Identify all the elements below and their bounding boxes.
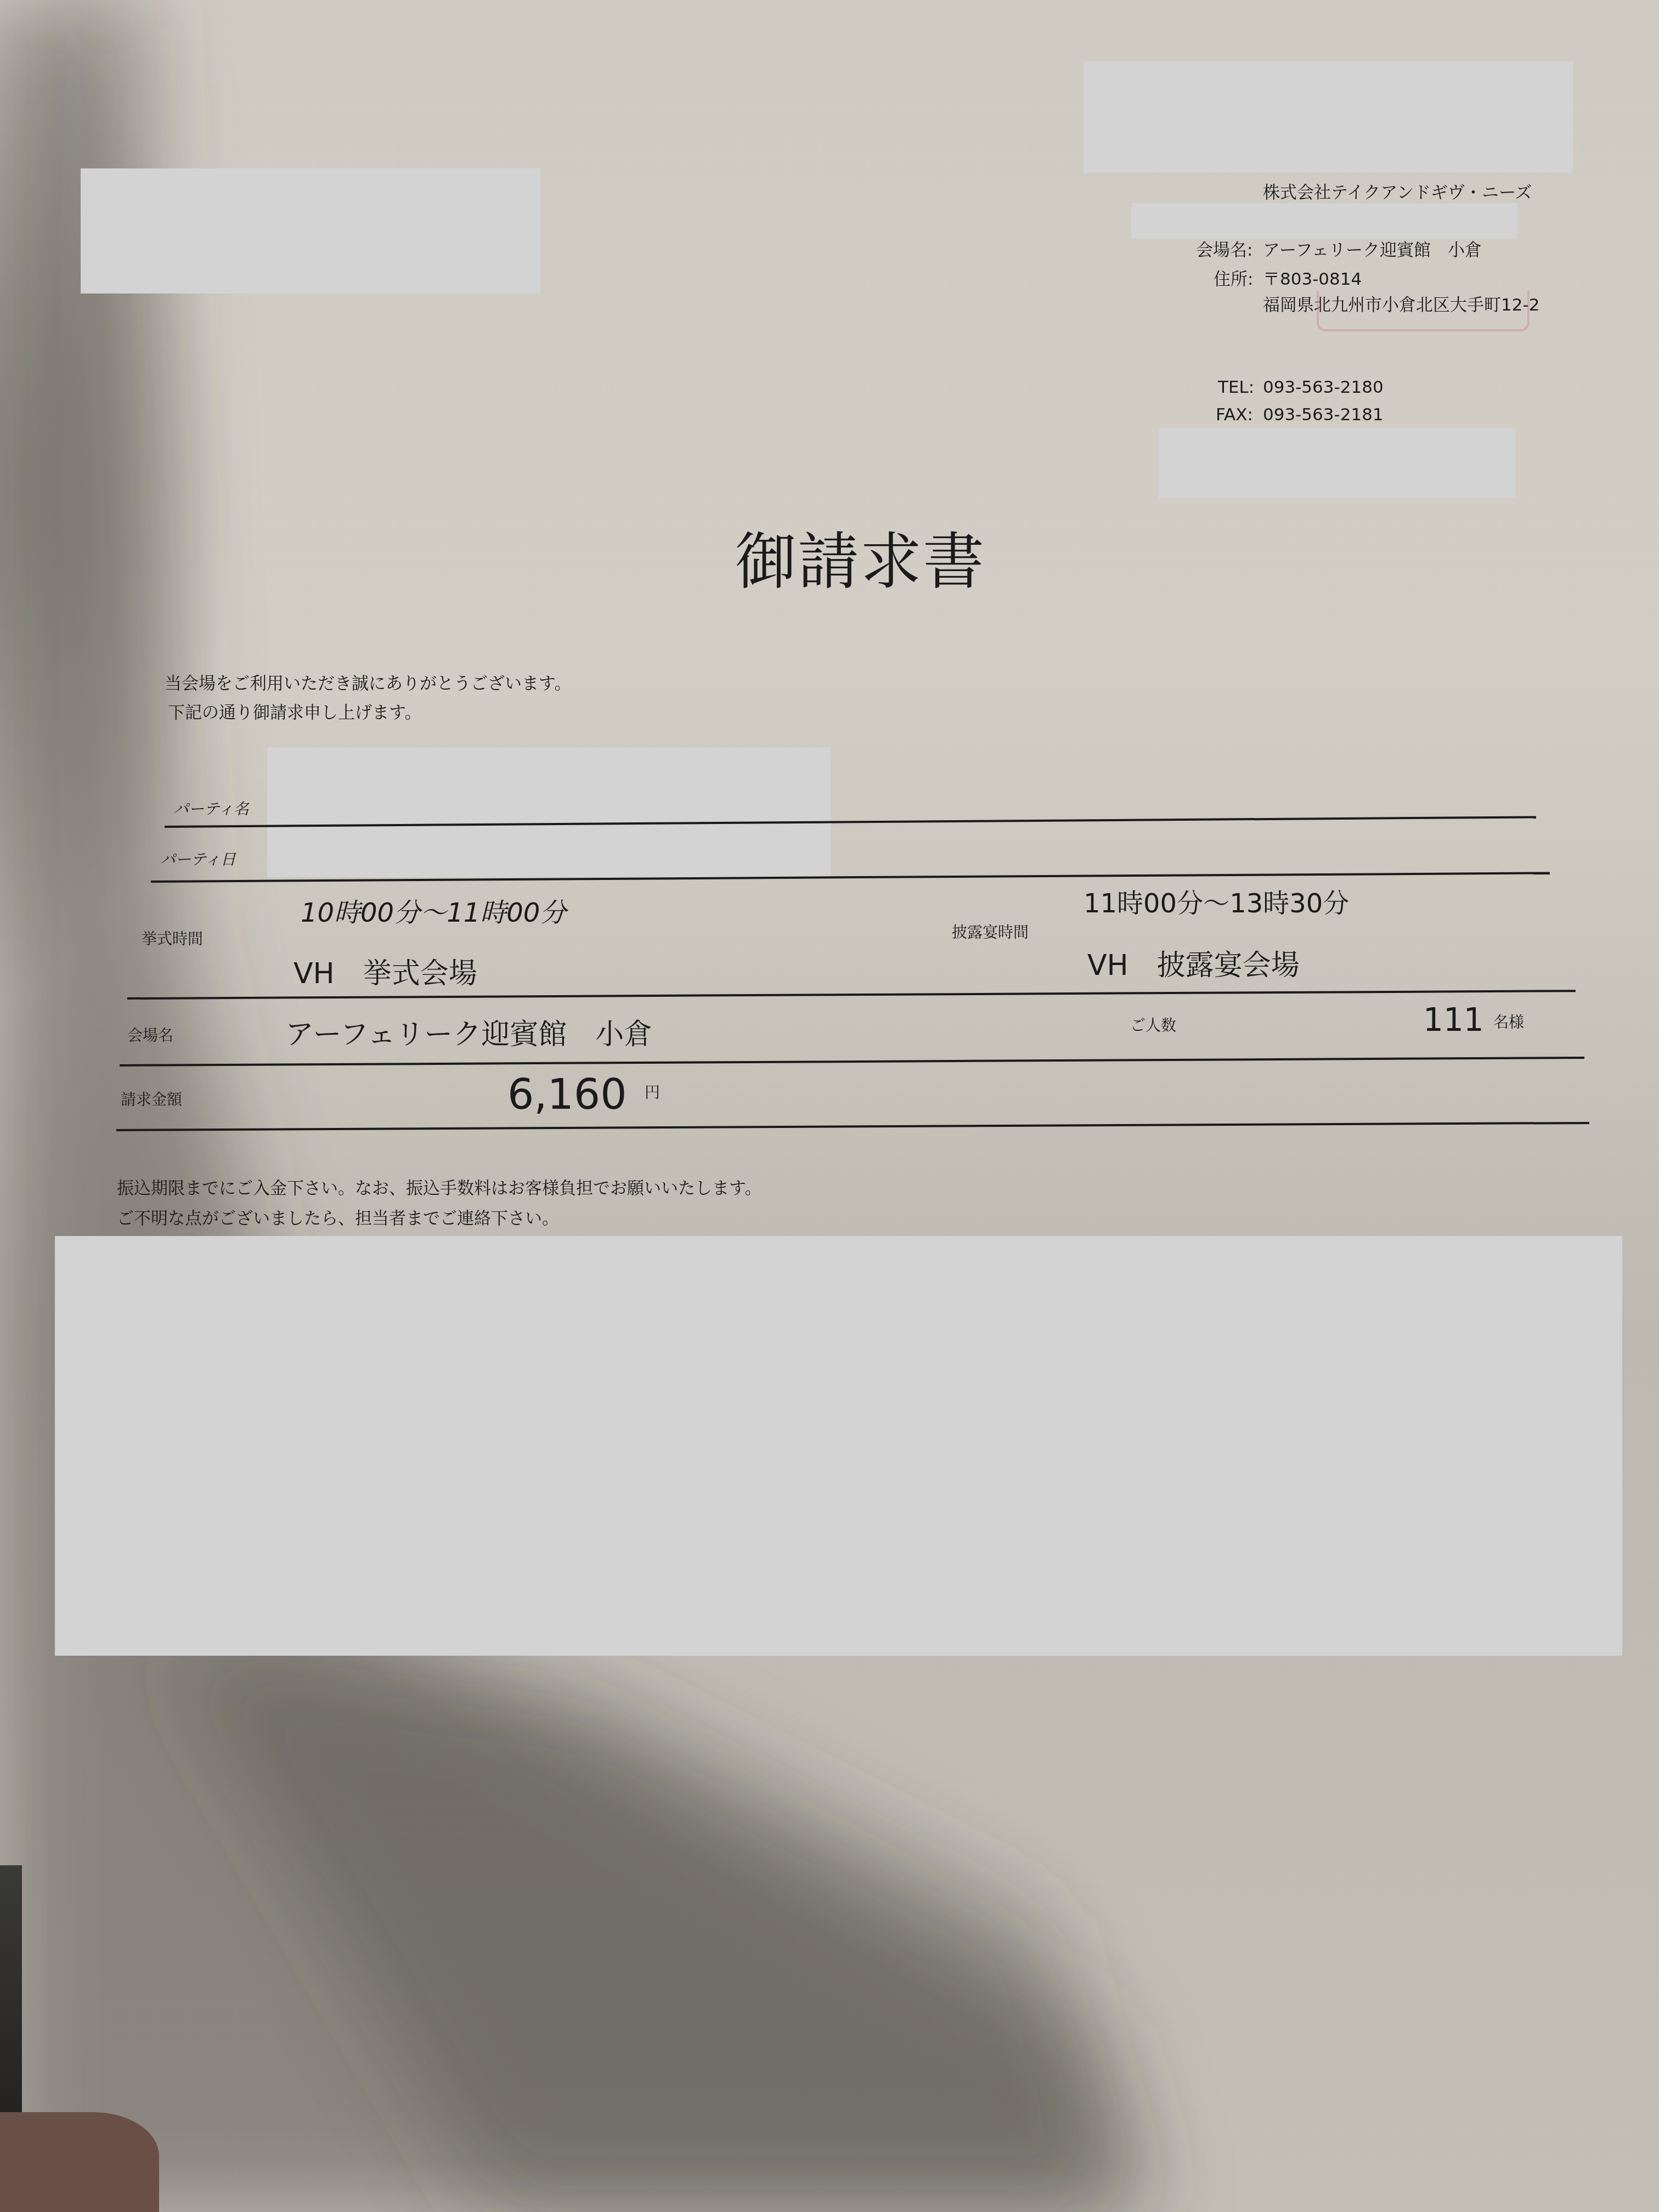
issuer-venue: アーフェリーク迎賓館 小倉: [1263, 236, 1482, 261]
ceremony-time: 10時00分～11時00分: [301, 891, 566, 929]
redacted-block: [55, 1236, 1622, 1656]
redacted-party-info: [267, 747, 831, 877]
invoice-amount: 6,160: [507, 1070, 627, 1119]
redacted-block: [1131, 203, 1517, 239]
redacted-block: [1159, 428, 1515, 498]
greeting-line-2: 下記の通り御請求申し上げます。: [168, 698, 422, 723]
seal-stamp: [1317, 291, 1530, 331]
greeting-line-1: 当会場をご利用いただき誠にありがとうございます。: [165, 669, 572, 694]
ceremony-place: VH 挙式会場: [294, 950, 477, 991]
redacted-block: [81, 168, 540, 294]
fax-label: FAX:: [1216, 405, 1253, 425]
venue-label: 会場名: [127, 1024, 173, 1046]
party-name-label: パーティ名: [173, 797, 249, 819]
note-line-1: 振込期限までにご入金下さい。なお、振込手数料はお客様負担でお願いいたします。: [117, 1174, 762, 1199]
amount-label: 請求金額: [121, 1088, 182, 1110]
guests-label: ご人数: [1130, 1014, 1176, 1036]
ceremony-time-label: 挙式時間: [142, 927, 203, 949]
issuer-postal: 〒803-0814: [1263, 265, 1362, 290]
issuer-company: 株式会社テイクアンドギヴ・ニーズ: [1263, 178, 1532, 203]
reception-time-label: 披露宴時間: [952, 921, 1029, 943]
reception-place: VH 披露宴会場: [1087, 942, 1300, 983]
invoice-paper: [0, 0, 1659, 2212]
issuer-address-label: 住所:: [1214, 265, 1253, 290]
party-date-label: パーティ日: [160, 848, 236, 870]
reception-time: 11時00分～13時30分: [1084, 882, 1349, 920]
fax-number: 093-563-2181: [1263, 405, 1384, 425]
guest-count: 111: [1423, 1001, 1484, 1039]
guest-unit: 名様: [1493, 1011, 1524, 1032]
finger: [0, 2112, 159, 2212]
issuer-venue-label: 会場名:: [1196, 236, 1252, 261]
amount-unit: 円: [645, 1081, 660, 1103]
tel-label: TEL:: [1218, 377, 1254, 397]
tel-number: 093-563-2180: [1263, 377, 1384, 397]
redacted-block: [1084, 61, 1573, 173]
note-line-2: ご不明な点がございましたら、担当者までご連絡下さい。: [117, 1204, 559, 1229]
venue-name: アーフェリーク迎賓館 小倉: [285, 1011, 652, 1052]
page-title: 御請求書: [735, 513, 985, 601]
